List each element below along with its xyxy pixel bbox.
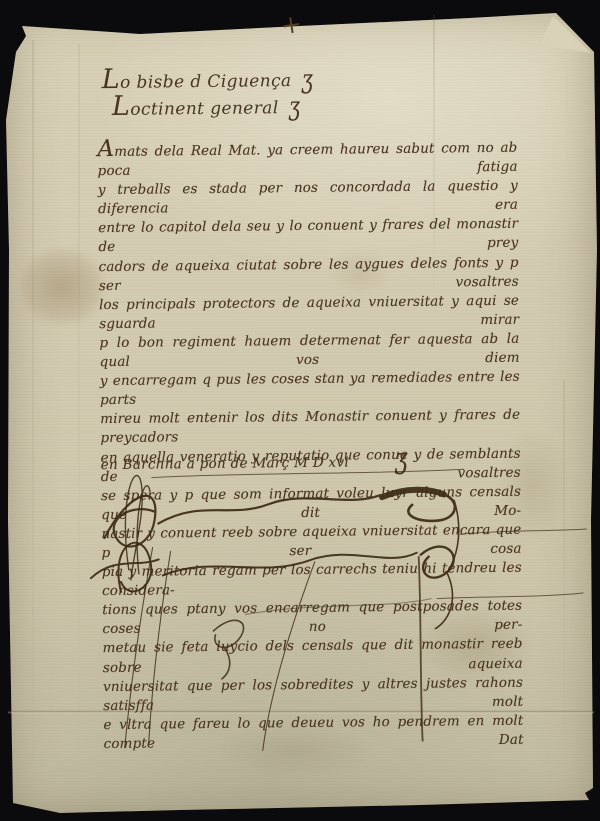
body-line: p lo bon regiment hauem determenat fer a…	[99, 330, 519, 373]
handwriting-layer: + Lo bisbe d Ciguençaʒ Loctinent general…	[0, 0, 600, 821]
body-line: y treballs es stada per nos concordada l…	[98, 177, 518, 220]
manuscript-photo: + Lo bisbe d Ciguençaʒ Loctinent general…	[0, 0, 600, 821]
body-line: entre lo capitol dela seu y lo conuent y…	[98, 215, 518, 258]
descender-strokes	[123, 545, 433, 752]
signature-block	[62, 447, 600, 773]
paraph-icon: ʒ	[288, 92, 300, 122]
signature-flourish	[213, 620, 244, 679]
paraph-icon: ʒ	[301, 64, 313, 94]
hairline-rule	[152, 469, 464, 477]
body-line: mireu molt entenir los dits Monastir con…	[100, 406, 520, 449]
body-line: Amats dela Real Mat. ya creem haureu sab…	[97, 136, 517, 182]
header-line-1-text: Lo bisbe d Ciguença	[102, 71, 292, 93]
signature-2	[91, 538, 584, 632]
address-header: Lo bisbe d Ciguençaʒ Loctinent generalʒ	[102, 66, 314, 122]
header-line-2: Loctinent generalʒ	[112, 93, 314, 122]
body-line: cadors de aqueixa ciutat sobre les aygue…	[99, 253, 519, 296]
header-line-1: Lo bisbe d Ciguençaʒ	[102, 66, 314, 95]
body-line: y encarregam q pus les coses stan ya rem…	[100, 368, 520, 411]
header-line-2-text: Loctinent general	[112, 98, 279, 120]
signature-1	[104, 488, 587, 570]
body-line: los principals protectors de aqueixa vni…	[99, 291, 519, 334]
invocation-cross-icon: +	[279, 5, 332, 46]
